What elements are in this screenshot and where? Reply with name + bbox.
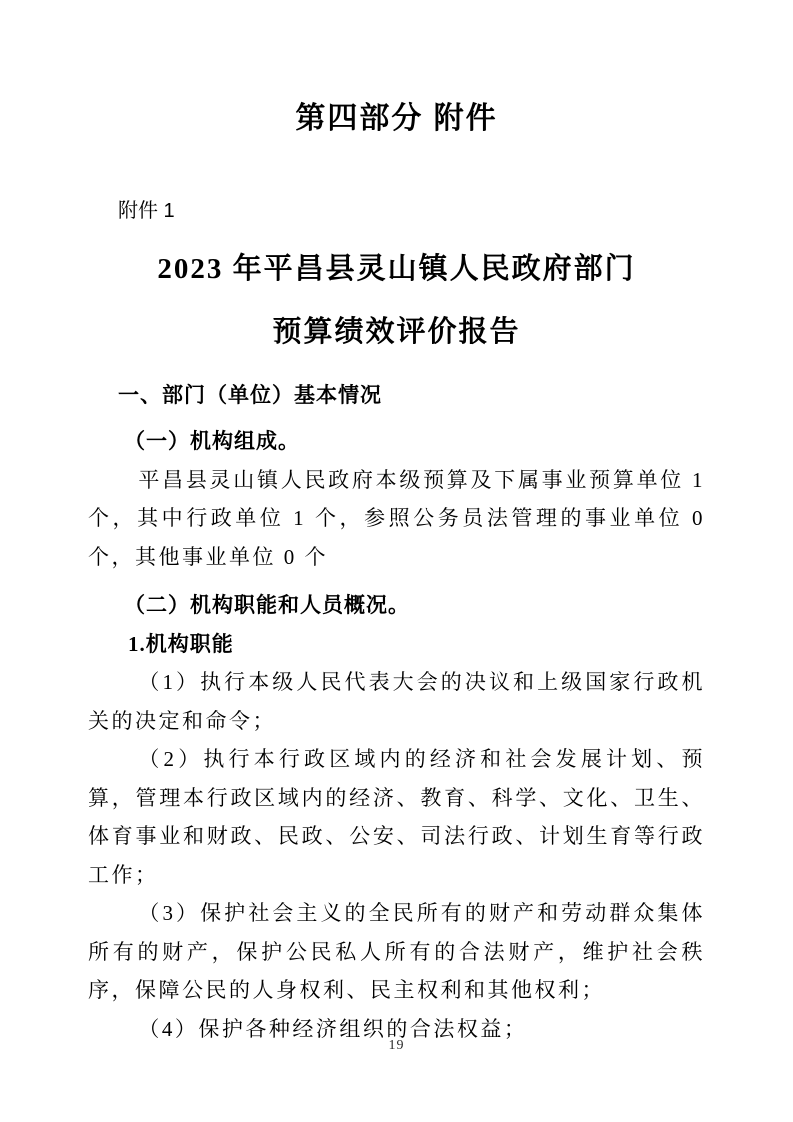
function-item-2: （2）执行本行政区域内的经济和社会发展计划、预算，管理本行政区域内的经济、教育、… xyxy=(88,740,705,894)
part-title: 第四部分 附件 xyxy=(88,100,705,138)
function-item-3: （3）保护社会主义的全民所有的财产和劳动群众集体所有的财产，保护公民私人所有的合… xyxy=(88,894,705,1010)
paragraph-org-composition: 平昌县灵山镇人民政府本级预算及下属事业预算单位 1 个，其中行政单位 1 个，参… xyxy=(88,461,705,577)
report-title-line-2: 预算绩效评价报告 xyxy=(88,301,705,364)
function-item-1: （1）执行本级人民代表大会的决议和上级国家行政机关的决定和命令； xyxy=(88,663,705,740)
document-page: 第四部分 附件 附件 1 2023 年平昌县灵山镇人民政府部门 预算绩效评价报告… xyxy=(0,0,793,1122)
subsubsection-heading-org-functions: 1.机构职能 xyxy=(128,625,705,664)
attachment-label: 附件 1 xyxy=(118,198,705,224)
report-title-line-1: 2023 年平昌县灵山镇人民政府部门 xyxy=(88,238,705,301)
section-heading-basic-info: 一、部门（单位）基本情况 xyxy=(118,380,705,412)
subsection-heading-org-composition: （一）机构组成。 xyxy=(124,422,705,461)
report-title: 2023 年平昌县灵山镇人民政府部门 预算绩效评价报告 xyxy=(88,238,705,364)
subsection-heading-org-functions-staff: （二）机构职能和人员概况。 xyxy=(124,586,705,625)
page-number: 19 xyxy=(0,1038,793,1054)
